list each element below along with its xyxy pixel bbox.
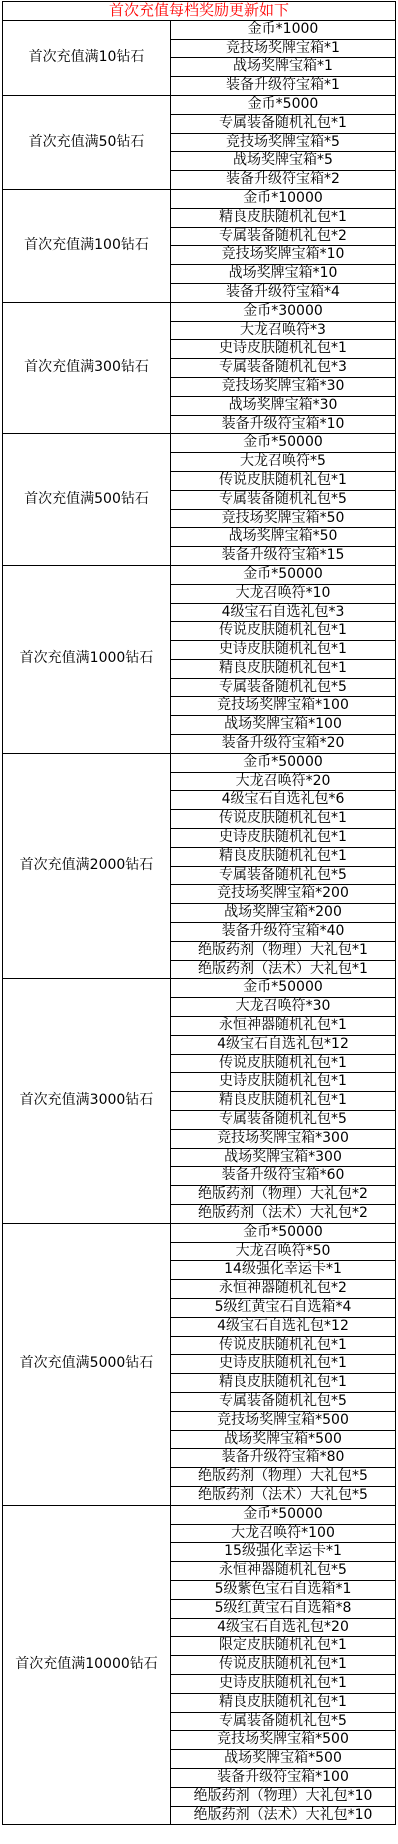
reward-item: 绝版药剂（法术）大礼包*1	[171, 960, 396, 979]
reward-item: 史诗皮肤随机礼包*1	[171, 1674, 396, 1693]
reward-row: 首次充值满50钻石金币*5000	[3, 95, 396, 114]
reward-item: 史诗皮肤随机礼包*1	[171, 1073, 396, 1092]
reward-item: 战场奖牌宝箱*500	[171, 1750, 396, 1769]
reward-row: 首次充值满300钻石金币*30000	[3, 302, 396, 321]
reward-item: 竞技场奖牌宝箱*1	[171, 39, 396, 58]
reward-item: 竞技场奖牌宝箱*200	[171, 885, 396, 904]
reward-item: 永恒神器随机礼包*1	[171, 1017, 396, 1036]
tier-label: 首次充值满10钻石	[3, 20, 171, 95]
reward-item: 绝版药剂（法术）大礼包*10	[171, 1806, 396, 1825]
reward-item: 史诗皮肤随机礼包*1	[171, 641, 396, 660]
reward-item: 金币*10000	[171, 189, 396, 208]
reward-item: 绝版药剂（法术）大礼包*5	[171, 1486, 396, 1505]
reward-item: 5级红黄宝石自选箱*8	[171, 1599, 396, 1618]
reward-item: 精良皮肤随机礼包*1	[171, 1374, 396, 1393]
reward-row: 首次充值满100钻石金币*10000	[3, 189, 396, 208]
reward-item: 专属装备随机礼包*2	[171, 227, 396, 246]
reward-item: 金币*50000	[171, 1223, 396, 1242]
rewards-table-body: 首次充值每档奖励更新如下 首次充值满10钻石金币*1000竞技场奖牌宝箱*1战场…	[3, 2, 396, 1825]
reward-item: 绝版药剂（物理）大礼包*1	[171, 941, 396, 960]
reward-item: 4级宝石自选礼包*3	[171, 603, 396, 622]
reward-item: 史诗皮肤随机礼包*1	[171, 340, 396, 359]
reward-item: 竞技场奖牌宝箱*100	[171, 697, 396, 716]
reward-item: 限定皮肤随机礼包*1	[171, 1637, 396, 1656]
reward-item: 战场奖牌宝箱*200	[171, 904, 396, 923]
reward-item: 金币*1000	[171, 20, 396, 39]
reward-item: 传说皮肤随机礼包*1	[171, 471, 396, 490]
reward-item: 装备升级符宝箱*4	[171, 283, 396, 302]
reward-item: 装备升级符宝箱*10	[171, 415, 396, 434]
reward-item: 4级宝石自选礼包*12	[171, 1035, 396, 1054]
reward-item: 战场奖牌宝箱*500	[171, 1430, 396, 1449]
reward-item: 4级宝石自选礼包*6	[171, 791, 396, 810]
reward-item: 大龙召唤符*30	[171, 998, 396, 1017]
reward-item: 装备升级符宝箱*2	[171, 171, 396, 190]
reward-item: 永恒神器随机礼包*2	[171, 1280, 396, 1299]
reward-item: 传说皮肤随机礼包*1	[171, 810, 396, 829]
tier-label: 首次充值满500钻石	[3, 434, 171, 566]
reward-item: 专属装备随机礼包*5	[171, 1111, 396, 1130]
reward-item: 精良皮肤随机礼包*1	[171, 1693, 396, 1712]
reward-item: 专属装备随机礼包*5	[171, 1712, 396, 1731]
reward-item: 金币*50000	[171, 565, 396, 584]
title-row: 首次充值每档奖励更新如下	[3, 2, 396, 21]
reward-row: 首次充值满1000钻石金币*50000	[3, 565, 396, 584]
reward-item: 大龙召唤符*50	[171, 1242, 396, 1261]
tier-label: 首次充值满3000钻石	[3, 979, 171, 1223]
tier-label: 首次充值满2000钻石	[3, 753, 171, 979]
reward-item: 绝版药剂（物理）大礼包*10	[171, 1787, 396, 1806]
reward-item: 大龙召唤符*20	[171, 772, 396, 791]
reward-item: 战场奖牌宝箱*10	[171, 265, 396, 284]
reward-item: 战场奖牌宝箱*50	[171, 528, 396, 547]
reward-item: 竞技场奖牌宝箱*50	[171, 509, 396, 528]
reward-item: 竞技场奖牌宝箱*500	[171, 1731, 396, 1750]
reward-item: 绝版药剂（物理）大礼包*5	[171, 1468, 396, 1487]
reward-item: 竞技场奖牌宝箱*30	[171, 377, 396, 396]
reward-row: 首次充值满2000钻石金币*50000	[3, 753, 396, 772]
reward-item: 专属装备随机礼包*3	[171, 359, 396, 378]
reward-item: 传说皮肤随机礼包*1	[171, 1336, 396, 1355]
reward-item: 装备升级符宝箱*80	[171, 1449, 396, 1468]
reward-item: 装备升级符宝箱*20	[171, 735, 396, 754]
tier-label: 首次充值满50钻石	[3, 95, 171, 189]
tier-label: 首次充值满1000钻石	[3, 565, 171, 753]
reward-row: 首次充值满10钻石金币*1000	[3, 20, 396, 39]
reward-item: 14级强化幸运卡*1	[171, 1261, 396, 1280]
reward-item: 竞技场奖牌宝箱*5	[171, 133, 396, 152]
recharge-rewards-panel: 首次充值每档奖励更新如下 首次充值满10钻石金币*1000竞技场奖牌宝箱*1战场…	[0, 0, 398, 1827]
reward-item: 战场奖牌宝箱*1	[171, 58, 396, 77]
reward-item: 传说皮肤随机礼包*1	[171, 1656, 396, 1675]
reward-item: 金币*50000	[171, 434, 396, 453]
recharge-rewards-table: 首次充值每档奖励更新如下 首次充值满10钻石金币*1000竞技场奖牌宝箱*1战场…	[2, 1, 396, 1825]
tier-label: 首次充值满10000钻石	[3, 1505, 171, 1825]
reward-item: 15级强化幸运卡*1	[171, 1543, 396, 1562]
reward-item: 5级紫色宝石自选箱*1	[171, 1580, 396, 1599]
reward-item: 装备升级符宝箱*15	[171, 547, 396, 566]
reward-item: 史诗皮肤随机礼包*1	[171, 829, 396, 848]
reward-row: 首次充值满10000钻石金币*50000	[3, 1505, 396, 1524]
reward-item: 装备升级符宝箱*40	[171, 923, 396, 942]
reward-item: 4级宝石自选礼包*20	[171, 1618, 396, 1637]
reward-item: 大龙召唤符*10	[171, 584, 396, 603]
reward-item: 装备升级符宝箱*60	[171, 1167, 396, 1186]
reward-item: 专属装备随机礼包*5	[171, 490, 396, 509]
reward-item: 金币*30000	[171, 302, 396, 321]
reward-item: 绝版药剂（法术）大礼包*2	[171, 1205, 396, 1224]
reward-item: 装备升级符宝箱*100	[171, 1768, 396, 1787]
reward-item: 金币*50000	[171, 979, 396, 998]
reward-item: 永恒神器随机礼包*5	[171, 1562, 396, 1581]
reward-item: 5级红黄宝石自选箱*4	[171, 1298, 396, 1317]
reward-item: 金币*50000	[171, 753, 396, 772]
reward-item: 精良皮肤随机礼包*1	[171, 1092, 396, 1111]
reward-item: 金币*5000	[171, 95, 396, 114]
tier-label: 首次充值满100钻石	[3, 189, 171, 302]
reward-item: 专属装备随机礼包*5	[171, 678, 396, 697]
reward-item: 战场奖牌宝箱*30	[171, 396, 396, 415]
reward-item: 精良皮肤随机礼包*1	[171, 847, 396, 866]
reward-item: 大龙召唤符*5	[171, 453, 396, 472]
reward-item: 战场奖牌宝箱*300	[171, 1148, 396, 1167]
reward-item: 史诗皮肤随机礼包*1	[171, 1355, 396, 1374]
reward-item: 绝版药剂（物理）大礼包*2	[171, 1186, 396, 1205]
reward-item: 战场奖牌宝箱*5	[171, 152, 396, 171]
reward-item: 4级宝石自选礼包*12	[171, 1317, 396, 1336]
reward-item: 竞技场奖牌宝箱*10	[171, 246, 396, 265]
reward-item: 传说皮肤随机礼包*1	[171, 622, 396, 641]
reward-item: 竞技场奖牌宝箱*300	[171, 1129, 396, 1148]
reward-row: 首次充值满5000钻石金币*50000	[3, 1223, 396, 1242]
reward-item: 大龙召唤符*100	[171, 1524, 396, 1543]
reward-row: 首次充值满3000钻石金币*50000	[3, 979, 396, 998]
reward-item: 装备升级符宝箱*1	[171, 77, 396, 96]
reward-item: 金币*50000	[171, 1505, 396, 1524]
reward-item: 战场奖牌宝箱*100	[171, 716, 396, 735]
reward-item: 竞技场奖牌宝箱*500	[171, 1411, 396, 1430]
reward-row: 首次充值满500钻石金币*50000	[3, 434, 396, 453]
tier-label: 首次充值满5000钻石	[3, 1223, 171, 1505]
reward-item: 传说皮肤随机礼包*1	[171, 1054, 396, 1073]
reward-item: 大龙召唤符*3	[171, 321, 396, 340]
reward-item: 精良皮肤随机礼包*1	[171, 659, 396, 678]
tier-label: 首次充值满300钻石	[3, 302, 171, 434]
reward-item: 专属装备随机礼包*5	[171, 866, 396, 885]
reward-item: 精良皮肤随机礼包*1	[171, 208, 396, 227]
reward-item: 专属装备随机礼包*5	[171, 1392, 396, 1411]
reward-item: 专属装备随机礼包*1	[171, 114, 396, 133]
page-title: 首次充值每档奖励更新如下	[3, 2, 396, 21]
